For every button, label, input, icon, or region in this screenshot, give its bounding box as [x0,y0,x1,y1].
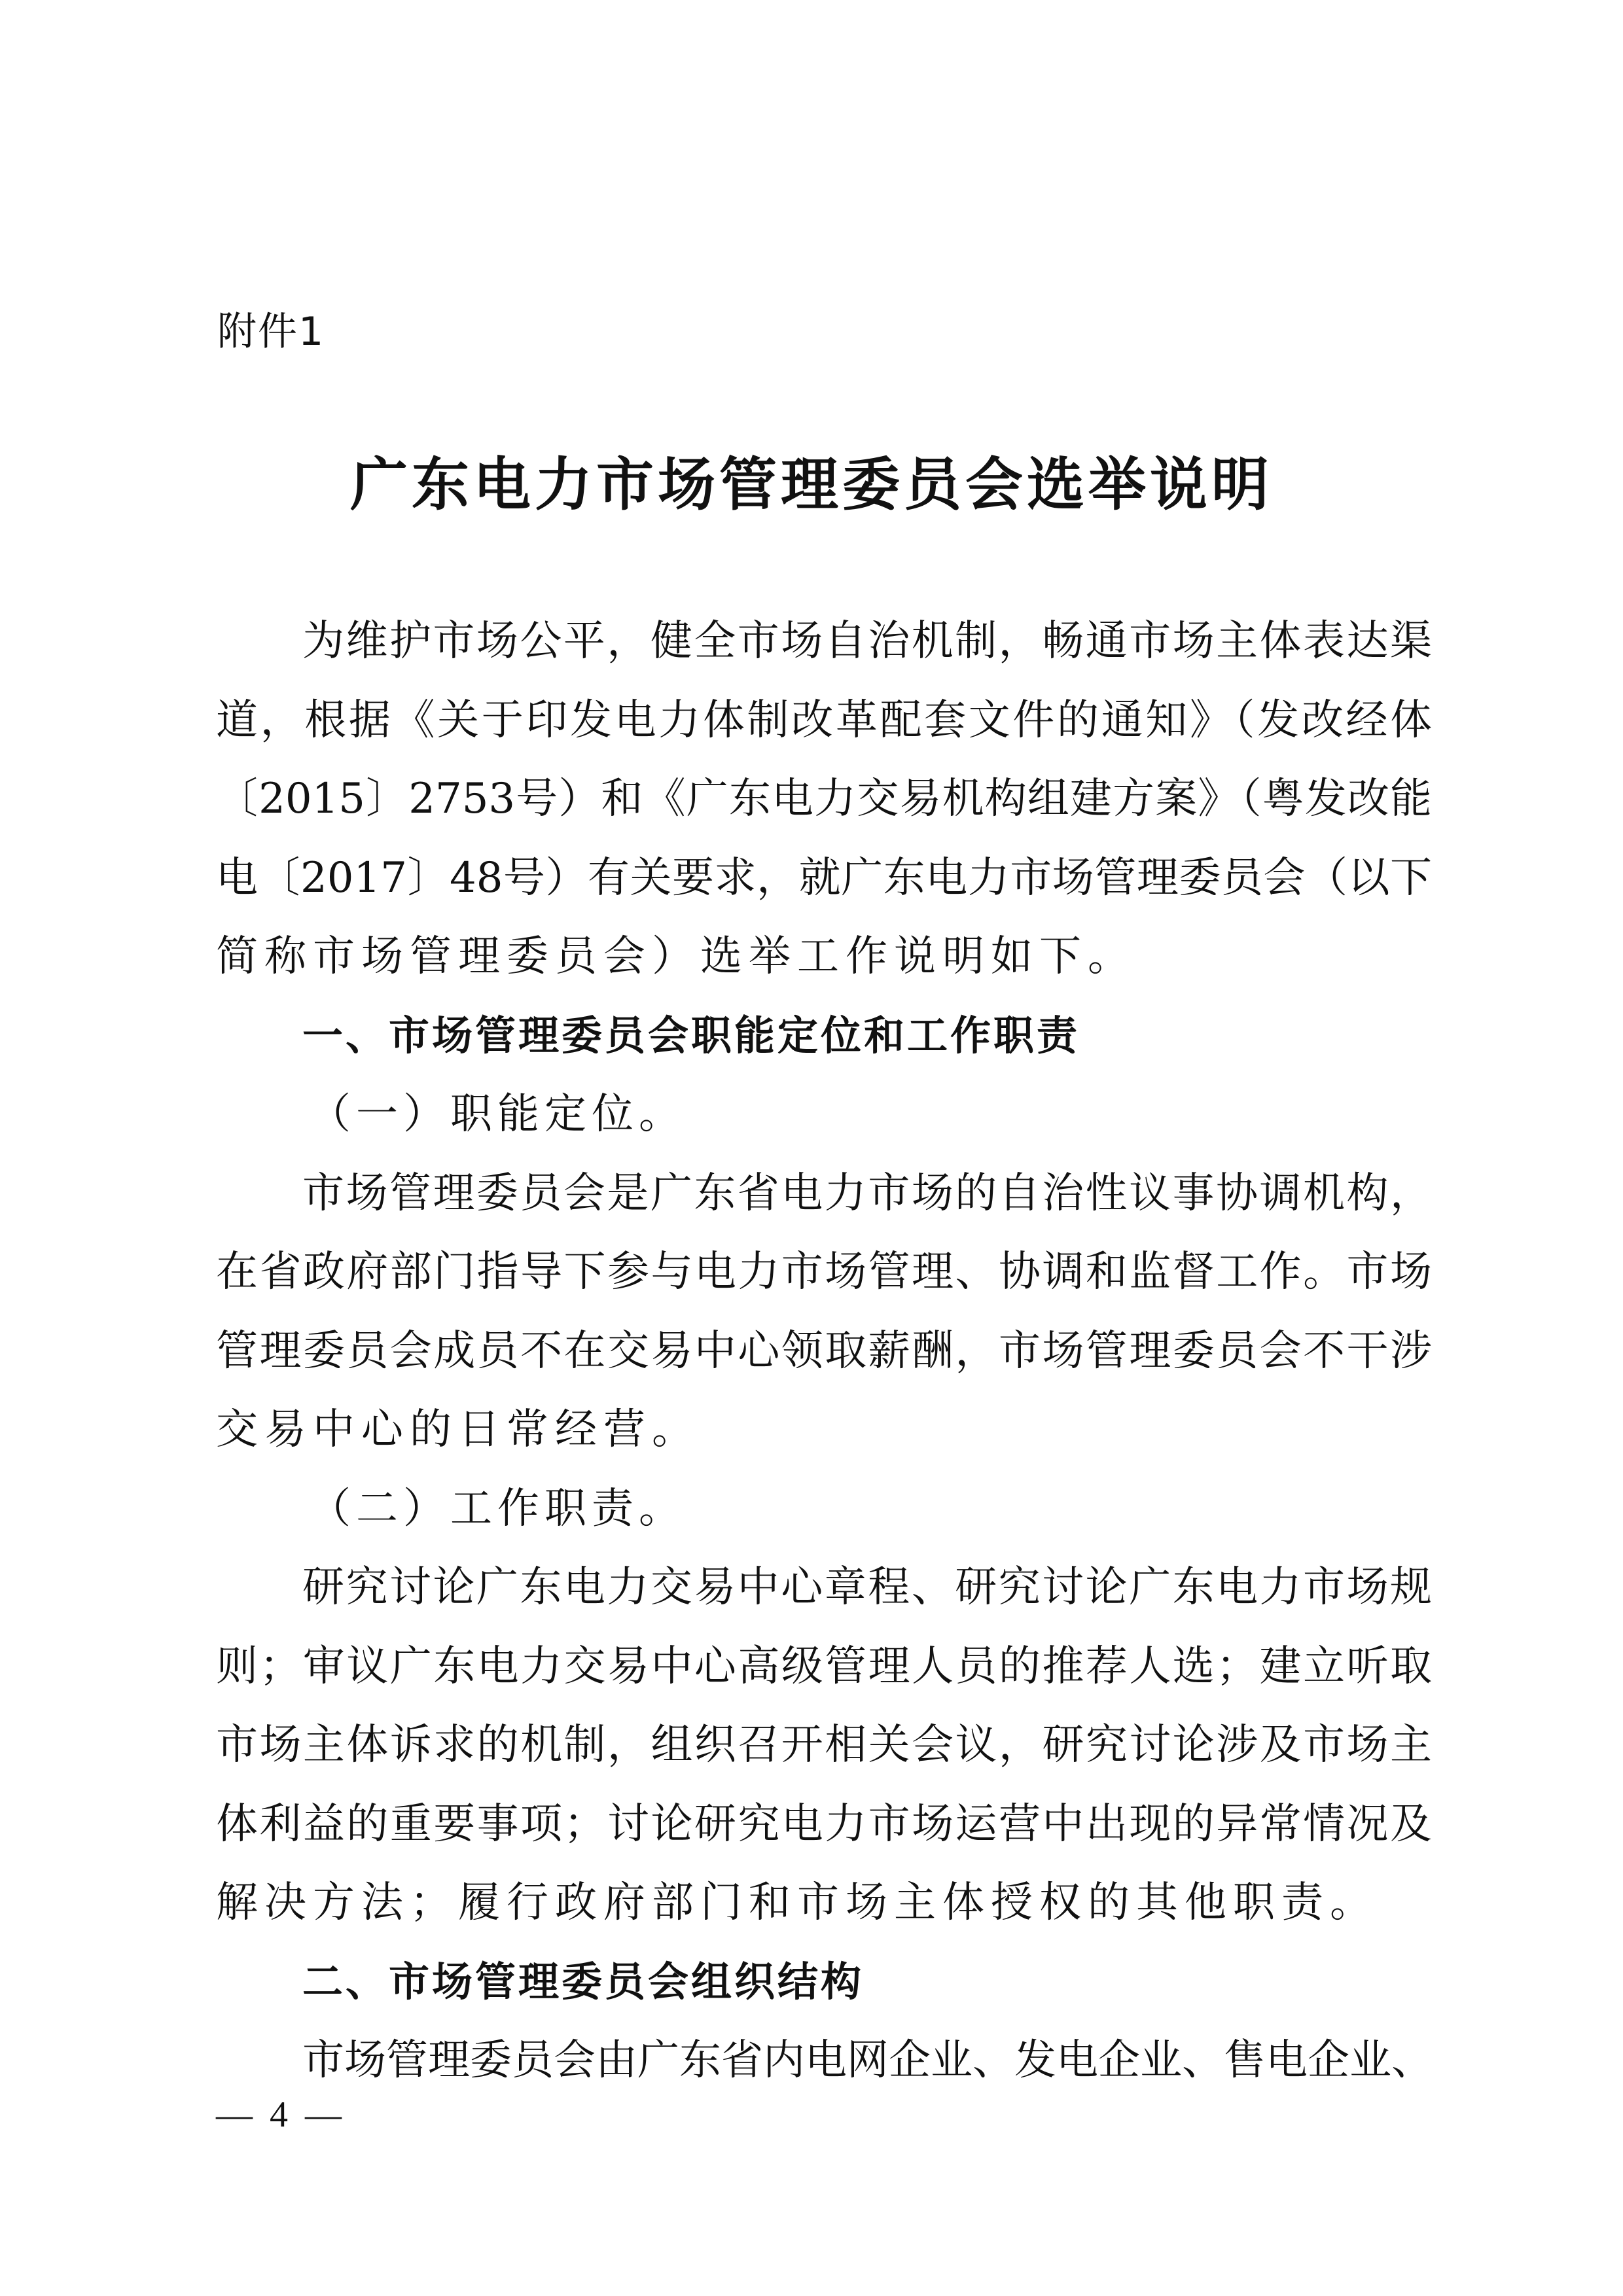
subsection-heading-1-2: （二）工作职责。 [216,1470,1432,1549]
section-heading-2: 二、市场管理委员会组织结构 [216,1943,1432,2022]
section-heading-1: 一、市场管理委员会职能定位和工作职责 [216,997,1432,1076]
paragraph-line: 研究讨论广东电力交易中心章程、研究讨论广东电力市场规 [216,1548,1432,1627]
paragraph-line: 管理委员会成员不在交易中心领取薪酬，市场管理委员会不干涉 [216,1312,1432,1391]
subsection-heading-1-1: （一）职能定位。 [216,1075,1432,1154]
paragraph-line: 市场管理委员会由广东省内电网企业、发电企业、售电企业、 [216,2021,1432,2100]
document-body: 为维护市场公平，健全市场自治机制，畅通市场主体表达渠 道，根据《关于印发电力体制… [216,602,1432,2100]
paragraph-line: 〔2015〕2753号）和《广东电力交易机构组建方案》（粤发改能 [216,760,1432,839]
paragraph-line: 则；审议广东电力交易中心高级管理人员的推荐人选；建立听取 [216,1627,1432,1706]
document-title: 广东电力市场管理委员会选举说明 [0,445,1623,523]
paragraph-line: 道，根据《关于印发电力体制改革配套文件的通知》（发改经体 [216,681,1432,760]
page-number: — 4 — [216,2089,346,2141]
paragraph-line: 为维护市场公平，健全市场自治机制，畅通市场主体表达渠 [216,602,1432,681]
attachment-label: 附件1 [217,302,325,361]
document-page: 附件1 广东电力市场管理委员会选举说明 为维护市场公平，健全市场自治机制，畅通市… [0,0,1623,2296]
paragraph-line: 电〔2017〕48号）有关要求，就广东电力市场管理委员会（以下 [216,839,1432,918]
paragraph-line: 市场主体诉求的机制，组织召开相关会议，研究讨论涉及市场主 [216,1706,1432,1785]
paragraph-line: 解决方法；履行政府部门和市场主体授权的其他职责。 [216,1863,1432,1943]
paragraph-line: 市场管理委员会是广东省电力市场的自治性议事协调机构， [216,1154,1432,1233]
paragraph-line: 在省政府部门指导下参与电力市场管理、协调和监督工作。市场 [216,1233,1432,1312]
paragraph-line: 交易中心的日常经营。 [216,1390,1432,1470]
paragraph-line: 体利益的重要事项；讨论研究电力市场运营中出现的异常情况及 [216,1785,1432,1864]
paragraph-line: 简称市场管理委员会）选举工作说明如下。 [216,917,1432,997]
